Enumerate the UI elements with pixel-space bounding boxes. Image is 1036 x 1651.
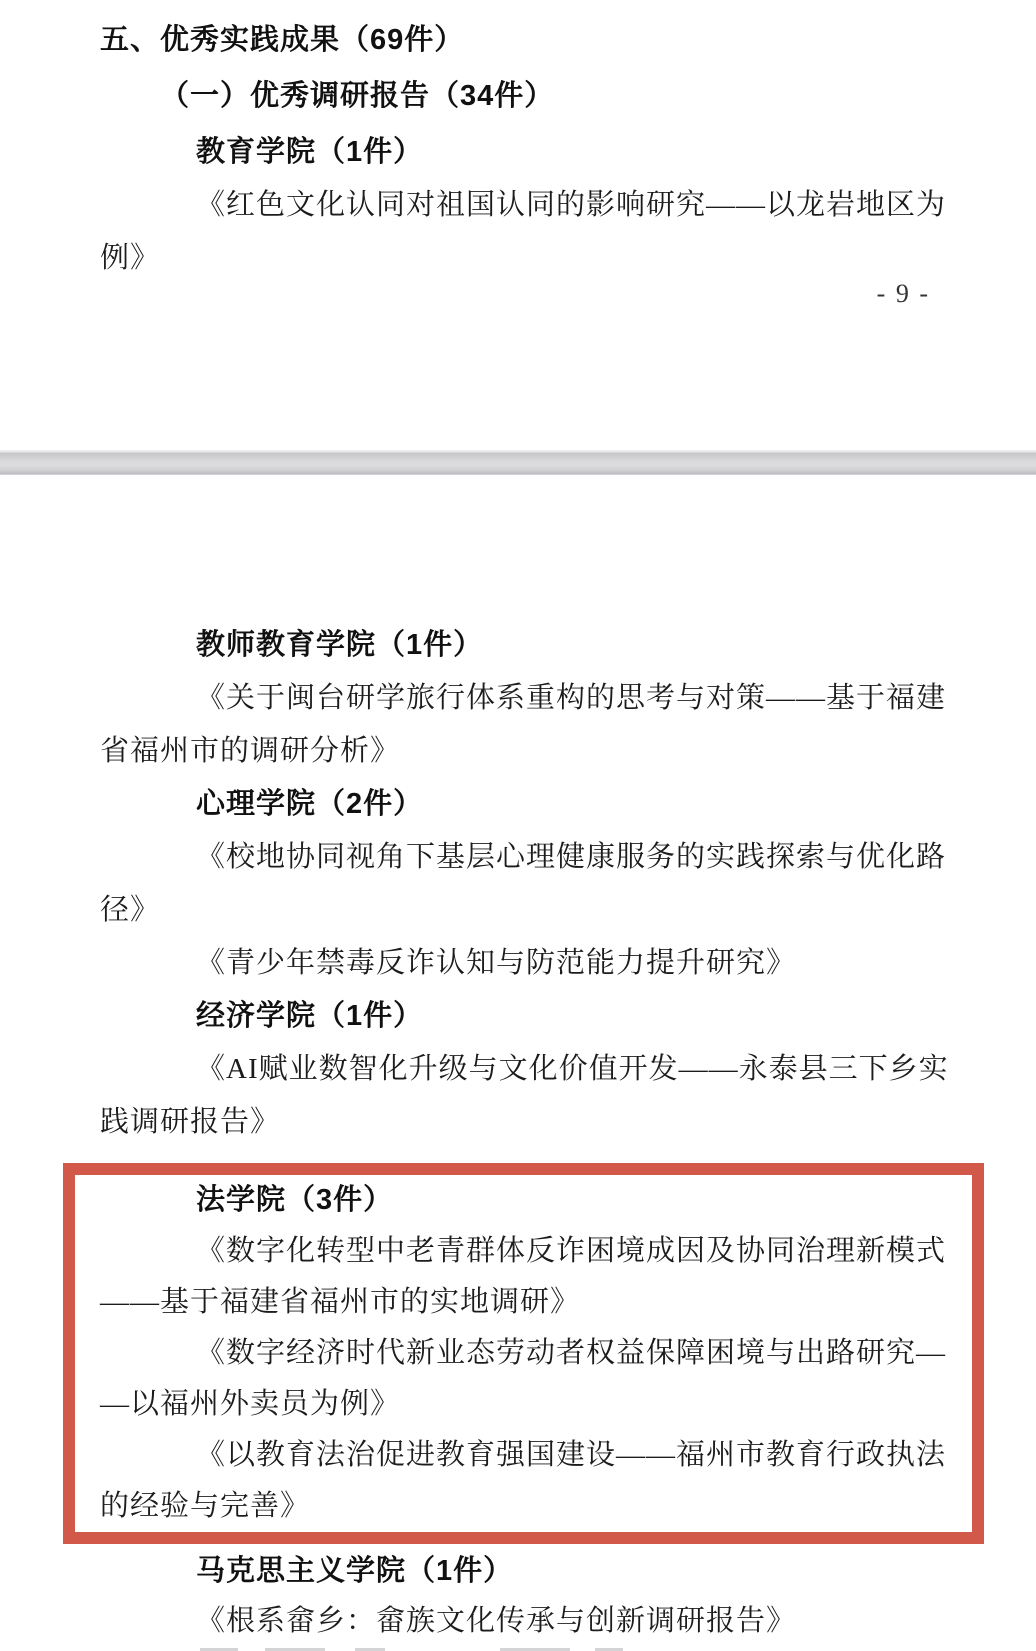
report-title-line: 省福州市的调研分析》 — [100, 725, 930, 778]
college-heading: 马克思主义学院（1件） — [100, 1546, 930, 1596]
report-title-line: 《校地协同视角下基层心理健康服务的实践探索与优化路 — [100, 831, 930, 884]
report-title-line: 《关于闽台研学旅行体系重构的思考与对策——基于福建 — [100, 672, 930, 725]
report-title-line: —以福州外卖员为例》 — [100, 1379, 947, 1430]
report-title-line: ——基于福建省福州市的实地调研》 — [100, 1277, 947, 1328]
college-heading: 心理学院（2件） — [100, 778, 930, 831]
red-highlight-box: 法学院（3件） 《数字化转型中老青群体反诈困境成因及协同治理新模式 ——基于福建… — [63, 1163, 984, 1544]
post-highlight-section: 马克思主义学院（1件） 《根系畲乡：畲族文化传承与创新调研报告》 — [100, 1546, 930, 1646]
college-heading: 经济学院（1件） — [100, 990, 930, 1043]
page-number: - 9 - — [100, 279, 930, 309]
college-heading: 教育学院（1件） — [100, 126, 930, 179]
clipped-next-line — [100, 1646, 930, 1651]
report-title-line: 《红色文化认同对祖国认同的影响研究——以龙岩地区为 — [100, 179, 930, 232]
subsection-heading: （一）优秀调研报告（34件） — [100, 70, 930, 123]
report-title-line: 的经验与完善》 — [100, 1481, 947, 1532]
report-title-line: 《数字经济时代新业态劳动者权益保障困境与出路研究— — [100, 1328, 947, 1379]
document-page-10: 教师教育学院（1件） 《关于闽台研学旅行体系重构的思考与对策——基于福建 省福州… — [0, 475, 1036, 1651]
report-title-line: 例》 — [100, 232, 930, 285]
report-title-line: 《数字化转型中老青群体反诈困境成因及协同治理新模式 — [100, 1226, 947, 1277]
page-gap-separator — [0, 450, 1036, 475]
report-title-line: 《根系畲乡：畲族文化传承与创新调研报告》 — [100, 1596, 930, 1646]
report-title-line: 《AI赋业数智化升级与文化价值开发——永泰县三下乡实 — [100, 1043, 930, 1096]
college-heading: 教师教育学院（1件） — [100, 619, 930, 672]
document-page-9: 五、优秀实践成果（69件） （一）优秀调研报告（34件） 教育学院（1件） 《红… — [0, 0, 1036, 450]
report-title-line: 《青少年禁毒反诈认知与防范能力提升研究》 — [100, 937, 930, 990]
report-title-line: 径》 — [100, 884, 930, 937]
report-title-line: 践调研报告》 — [100, 1096, 930, 1149]
college-heading: 法学院（3件） — [100, 1175, 947, 1226]
section-heading: 五、优秀实践成果（69件） — [100, 14, 930, 67]
report-title-line: 《以教育法治促进教育强国建设——福州市教育行政执法 — [100, 1430, 947, 1481]
